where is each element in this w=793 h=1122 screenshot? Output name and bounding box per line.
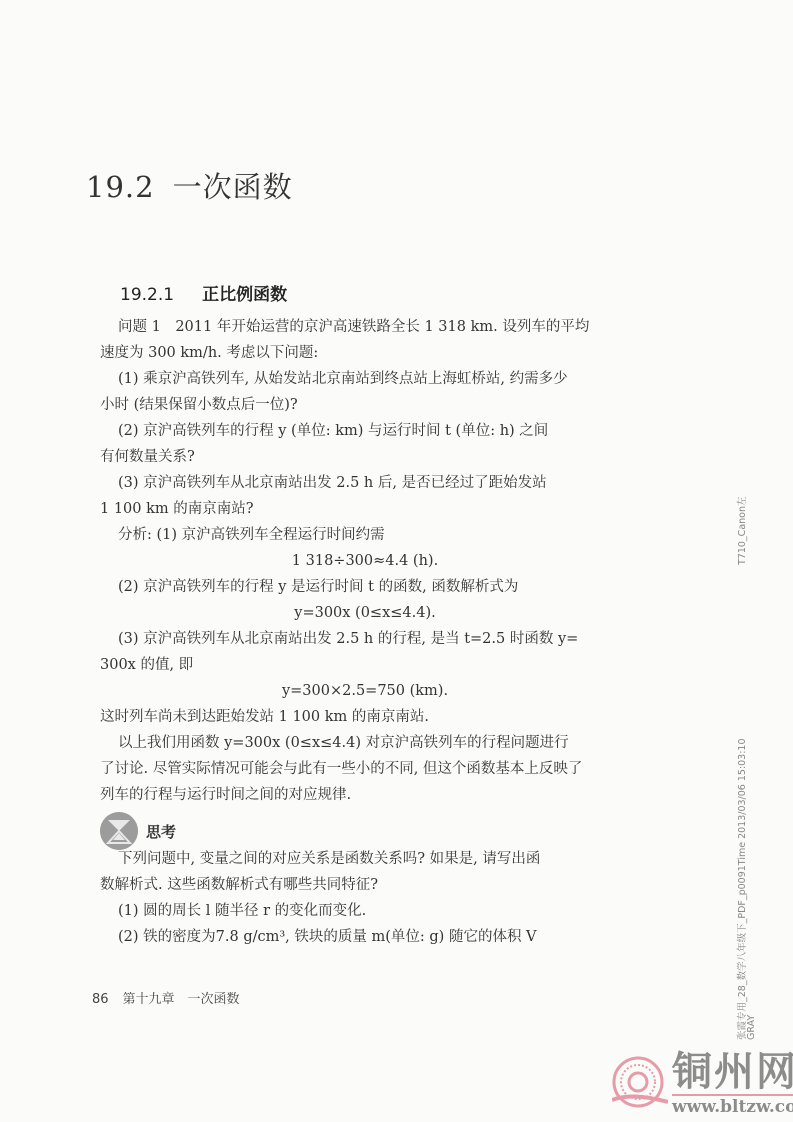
text-line: 以上我们用函数 y=300x (0≤x≤4.4) 对京沪高铁列车的行程问题进行 [100,730,630,756]
text-line: (3) 京沪高铁列车从北京南站出发 2.5 h 的行程, 是当 t=2.5 时函… [100,626,630,652]
text-line: 列车的行程与运行时间之间的对应规律. [100,782,630,808]
text-line: 分析: (1) 京沪高铁列车全程运行时间约需 [100,522,630,548]
body-text: 问题 1 2011 年开始运营的京沪高速铁路全长 1 318 km. 设列车的平… [100,314,630,808]
text-line: (3) 京沪高铁列车从北京南站出发 2.5 h 后, 是否已经过了距始发站 [100,470,630,496]
section-title-text: 一次函数 [173,170,293,204]
text-line: 300x 的值, 即 [100,652,630,678]
text-line: 速度为 300 km/h. 考虑以下问题: [100,340,630,366]
text-line: 问题 1 2011 年开始运营的京沪高速铁路全长 1 318 km. 设列车的平… [100,314,630,340]
section-number: 19.2 [86,170,155,204]
text-line: 了讨论. 尽管实际情况可能会与此有一些小的不同, 但这个函数基本上反映了 [100,756,630,782]
text-line: 1 318÷300≈4.4 (h). [100,548,630,574]
chapter-label: 第十九章 一次函数 [123,992,240,1007]
text-line: y=300×2.5=750 (km). [100,678,630,704]
text-line: 小时 (结果保留小数点后一位)? [100,392,630,418]
text-line: (2) 京沪高铁列车的行程 y (单位: km) 与运行时间 t (单位: h)… [100,418,630,444]
think-text: 下列问题中, 变量之间的对应关系是函数关系吗? 如果是, 请写出函数解析式. 这… [100,846,630,950]
section-title: 19.2一次函数 [86,165,293,206]
subsection-title-text: 正比例函数 [202,285,287,305]
page-number: 86 [92,992,109,1007]
text-line: (2) 京沪高铁列车的行程 y 是运行时间 t 的函数, 函数解析式为 [100,574,630,600]
think-label: 思考 [146,821,176,842]
text-line: 数解析式. 这些函数解析式有哪些共同特征? [100,872,630,898]
subsection-title: 19.2.1正比例函数 [120,280,287,305]
text-line: 这时列车尚未到达距始发站 1 100 km 的南京南站. [100,704,630,730]
watermark-url: www.bltzw.com [672,1094,793,1118]
side-annotation-bottom: GRAY [746,1015,757,1040]
watermark-logo-icon [612,1056,668,1112]
subsection-number: 19.2.1 [120,285,174,305]
text-line: (1) 圆的周长 l 随半径 r 的变化而变化. [100,898,630,924]
text-line: 有何数量关系? [100,444,630,470]
text-line: 下列问题中, 变量之间的对应关系是函数关系吗? 如果是, 请写出函 [100,846,630,872]
text-line: (1) 乘京沪高铁列车, 从始发站北京南站到终点站上海虹桥站, 约需多少 [100,366,630,392]
text-line: y=300x (0≤x≤4.4). [100,600,630,626]
page-footer: 86第十九章 一次函数 [92,988,240,1007]
side-annotation-top: T710_Canon左 [734,497,748,566]
watermark-name: 铜州网 [672,1050,793,1094]
text-line: (2) 铁的密度为7.8 g/cm³, 铁块的质量 m(单位: g) 随它的体积… [100,924,630,950]
watermark: 铜州网 www.bltzw.com [612,1050,793,1118]
thinking-hourglass-icon [100,812,138,850]
side-annotation-middle: 张霞专用_28_数学八年级下_PDF_p0091Time 2013/03/06 … [734,738,748,1040]
text-line: 1 100 km 的南京南站? [100,496,630,522]
think-header: 思考 [100,812,176,850]
